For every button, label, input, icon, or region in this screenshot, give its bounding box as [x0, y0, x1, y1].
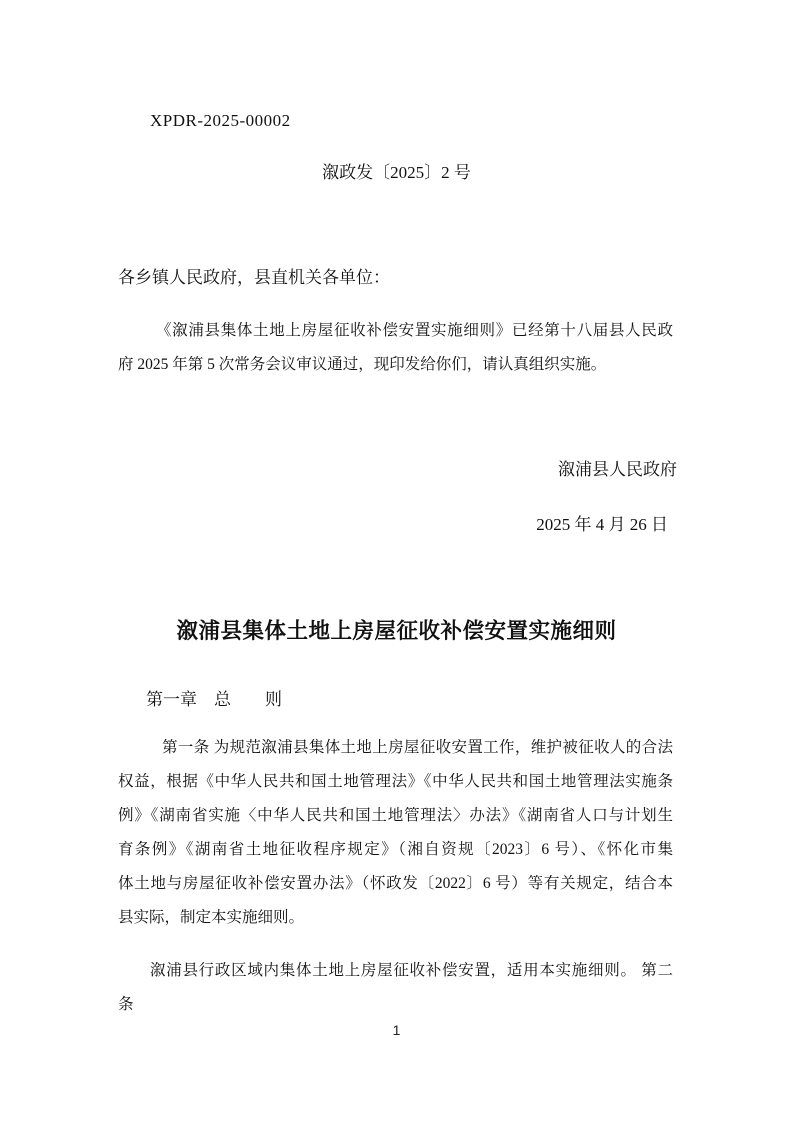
page-number: 1 — [0, 1022, 793, 1038]
signature-issuer: 溆浦县人民政府 — [558, 459, 677, 481]
signature-date: 2025 年 4 月 26 日 — [536, 514, 668, 536]
paragraph-line: 条 — [118, 988, 673, 1022]
chapter-1-heading: 第一章 总 则 — [146, 688, 282, 712]
scope-paragraph: 溆浦县行政区域内集体土地上房屋征收补偿安置，适用本实施细则。 第二 条 — [118, 954, 673, 1022]
notice-paragraph: 《溆浦县集体土地上房屋征收补偿安置实施细则》已经第十八届县人民政 府 2025 … — [118, 314, 673, 382]
doc-symbol-number: 溆政发〔2025〕2 号 — [0, 162, 793, 184]
paragraph-line: 溆浦县行政区域内集体土地上房屋征收补偿安置，适用本实施细则。 第二 — [118, 954, 673, 988]
paragraph-line: 体土地与房屋征收补偿安置办法》（怀政发〔2022〕6 号）等有关规定，结合本 — [118, 867, 673, 901]
document-page: XPDR-2025-00002 溆政发〔2025〕2 号 各乡镇人民政府，县直机… — [0, 0, 793, 1122]
paragraph-line: 权益，根据《中华人民共和国土地管理法》《中华人民共和国土地管理法实施条 — [118, 765, 673, 799]
doc-reference-number: XPDR-2025-00002 — [150, 110, 291, 132]
paragraph-line: 府 2025 年第 5 次常务会议审议通过，现印发给你们，请认真组织实施。 — [118, 348, 673, 382]
paragraph-line: 第一条 为规范溆浦县集体土地上房屋征收安置工作，维护被征收人的合法 — [118, 731, 673, 765]
article-1-paragraph: 第一条 为规范溆浦县集体土地上房屋征收安置工作，维护被征收人的合法 权益，根据《… — [118, 731, 673, 935]
paragraph-line: 例》《湖南省实施〈中华人民共和国土地管理法〉办法》《湖南省人口与计划生 — [118, 799, 673, 833]
paragraph-line: 《溆浦县集体土地上房屋征收补偿安置实施细则》已经第十八届县人民政 — [118, 314, 673, 348]
paragraph-line: 县实际，制定本实施细则。 — [118, 901, 673, 935]
paragraph-line: 育条例》《湖南省土地征收程序规定》（湘自资规〔2023〕6 号）、《怀化市集 — [118, 833, 673, 867]
document-title: 溆浦县集体土地上房屋征收补偿安置实施细则 — [0, 616, 793, 646]
salutation-line: 各乡镇人民政府，县直机关各单位： — [118, 266, 390, 290]
